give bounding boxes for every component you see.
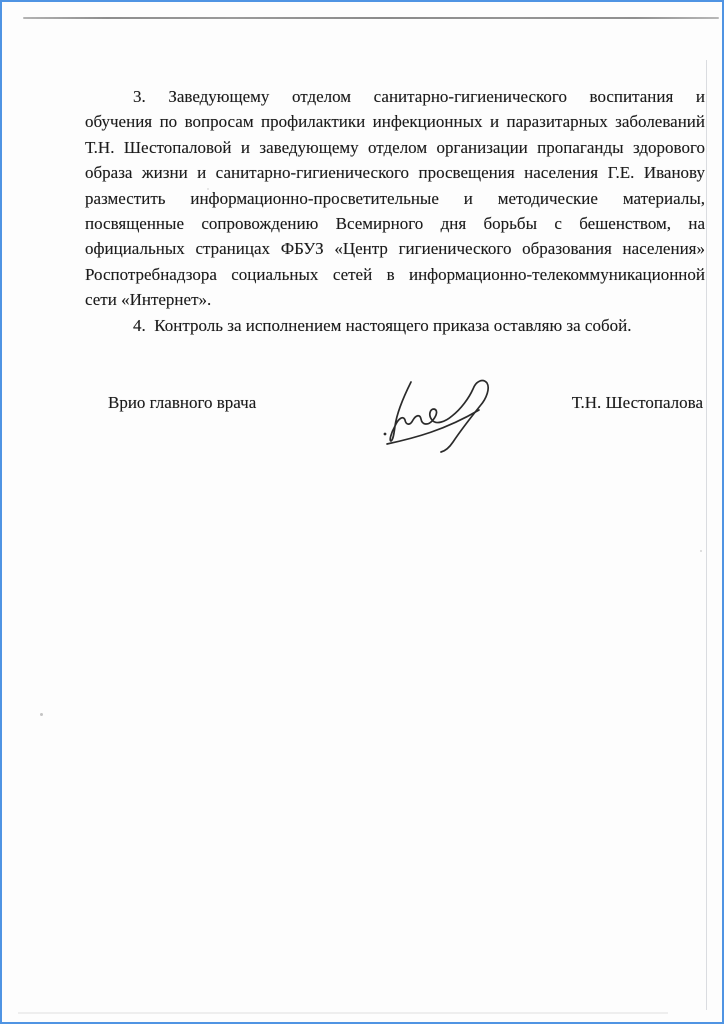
paragraph-3-line: образа жизни и санитарно-гигиенического … xyxy=(85,160,705,185)
paragraph-3-line: обучения по вопросам профилактики инфекц… xyxy=(85,109,705,134)
paragraph-3-line: посвященные сопровождению Всемирного дня… xyxy=(85,211,705,236)
paragraph-3-line: разместить информационно-просветительные… xyxy=(85,186,705,211)
scan-speck xyxy=(700,550,702,552)
paragraph-4-line: 4. Контроль за исполнением настоящего пр… xyxy=(85,313,705,338)
paragraph-3-line: 3. Заведующему отделом санитарно-гигиени… xyxy=(85,84,705,109)
handwritten-signature-icon xyxy=(375,374,497,456)
paragraph-3-line: официальных страницах ФБУЗ «Центр гигиен… xyxy=(85,236,705,261)
scan-edge-line-top xyxy=(23,17,719,19)
scan-edge-line-right xyxy=(706,60,707,1010)
document-body: 3. Заведующему отделом санитарно-гигиени… xyxy=(85,84,705,338)
scanned-document-page: 3. Заведующему отделом санитарно-гигиени… xyxy=(0,0,724,1024)
scan-speck xyxy=(40,713,43,716)
paragraph-3-line: сети «Интернет». xyxy=(85,287,705,312)
scan-edge-band-bottom xyxy=(18,1012,668,1014)
paragraph-3-line: Т.Н. Шестопаловой и заведующему отделом … xyxy=(85,135,705,160)
signer-name: Т.Н. Шестопалова xyxy=(572,390,703,415)
signer-title: Врио главного врача xyxy=(108,390,256,415)
paragraph-3-line: Роспотребнадзора социальных сетей в инфо… xyxy=(85,262,705,287)
